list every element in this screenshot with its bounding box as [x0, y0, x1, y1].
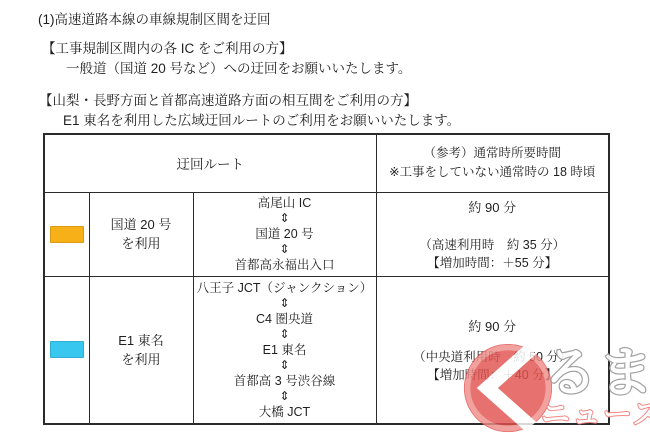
table-row-route20: 国道 20 号 を利用 高尾山 IC ⇕ 国道 20 号 ⇕ 首都高永福出入口 … [44, 192, 609, 276]
route-step: C4 圏央道 [194, 311, 376, 327]
table-header-row: 迂回ルート （参考）通常時所要時間 ※工事をしていない通常時の 18 時頃 [44, 134, 609, 192]
route-step: 高尾山 IC [194, 195, 376, 211]
usage-label-route20: 国道 20 号 を利用 [89, 192, 193, 276]
updown-arrow-icon: ⇕ [194, 327, 376, 342]
route-step: 八王子 JCT（ジャンクション） [194, 280, 376, 296]
route-step: 大橋 JCT [194, 404, 376, 420]
updown-arrow-icon: ⇕ [194, 389, 376, 404]
usage-line2: を利用 [90, 350, 193, 369]
section1-heading: 【工事規制区間内の各 IC をご利用の方】 [42, 37, 293, 57]
route-step: 国道 20 号 [194, 226, 376, 242]
legend-swatch-cell [44, 192, 89, 276]
updown-arrow-icon: ⇕ [194, 358, 376, 373]
route-step: 首都高永福出入口 [194, 257, 376, 273]
route-steps-e1tomei: 八王子 JCT（ジャンクション） ⇕ C4 圏央道 ⇕ E1 東名 ⇕ 首都高 … [193, 276, 376, 424]
header-time-line1: （参考）通常時所要時間 [377, 144, 609, 163]
spacer [377, 216, 609, 236]
header-time-line2: ※工事をしていない通常時の 18 時頃 [377, 163, 609, 182]
legend-swatch-cell [44, 276, 89, 424]
header-reference-time: （参考）通常時所要時間 ※工事をしていない通常時の 18 時頃 [376, 134, 609, 192]
orange-route-swatch [50, 226, 84, 243]
usage-line1: E1 東名 [90, 331, 193, 350]
cyan-route-swatch [50, 341, 84, 358]
route-step: E1 東名 [194, 342, 376, 358]
usage-line1: 国道 20 号 [90, 215, 193, 234]
usage-label-e1tomei: E1 東名 を利用 [89, 276, 193, 424]
route-step: 首都高 3 号渋谷線 [194, 373, 376, 389]
section1-body: 一般道（国道 20 号など）への迂回をお願いいたします。 [66, 57, 411, 77]
usage-line2: を利用 [90, 234, 193, 253]
notice-document: (1)高速道路本線の車線規制区間を迂回 【工事規制区間内の各 IC をご利用の方… [0, 0, 650, 433]
updown-arrow-icon: ⇕ [194, 242, 376, 257]
updown-arrow-icon: ⇕ [194, 296, 376, 311]
watermark-text-bottom: ニュース [541, 392, 650, 433]
header-detour-route: 迂回ルート [44, 134, 376, 192]
section2-body: E1 東名を利用した広域迂回ルートのご利用をお願いいたします。 [63, 109, 460, 129]
document-title: (1)高速道路本線の車線規制区間を迂回 [38, 8, 271, 28]
section2-heading: 【山梨・長野方面と首都高速道路方面の相互間をご利用の方】 [39, 89, 417, 109]
time-cell-route20: 約 90 分 （高速利用時 約 35 分） 【増加時間：＋55 分】 [376, 192, 609, 276]
time-added: 【増加時間：＋55 分】 [377, 254, 609, 272]
time-main: 約 90 分 [377, 197, 609, 216]
time-detail: （高速利用時 約 35 分） [377, 236, 609, 254]
updown-arrow-icon: ⇕ [194, 211, 376, 226]
route-steps-route20: 高尾山 IC ⇕ 国道 20 号 ⇕ 首都高永福出入口 [193, 192, 376, 276]
